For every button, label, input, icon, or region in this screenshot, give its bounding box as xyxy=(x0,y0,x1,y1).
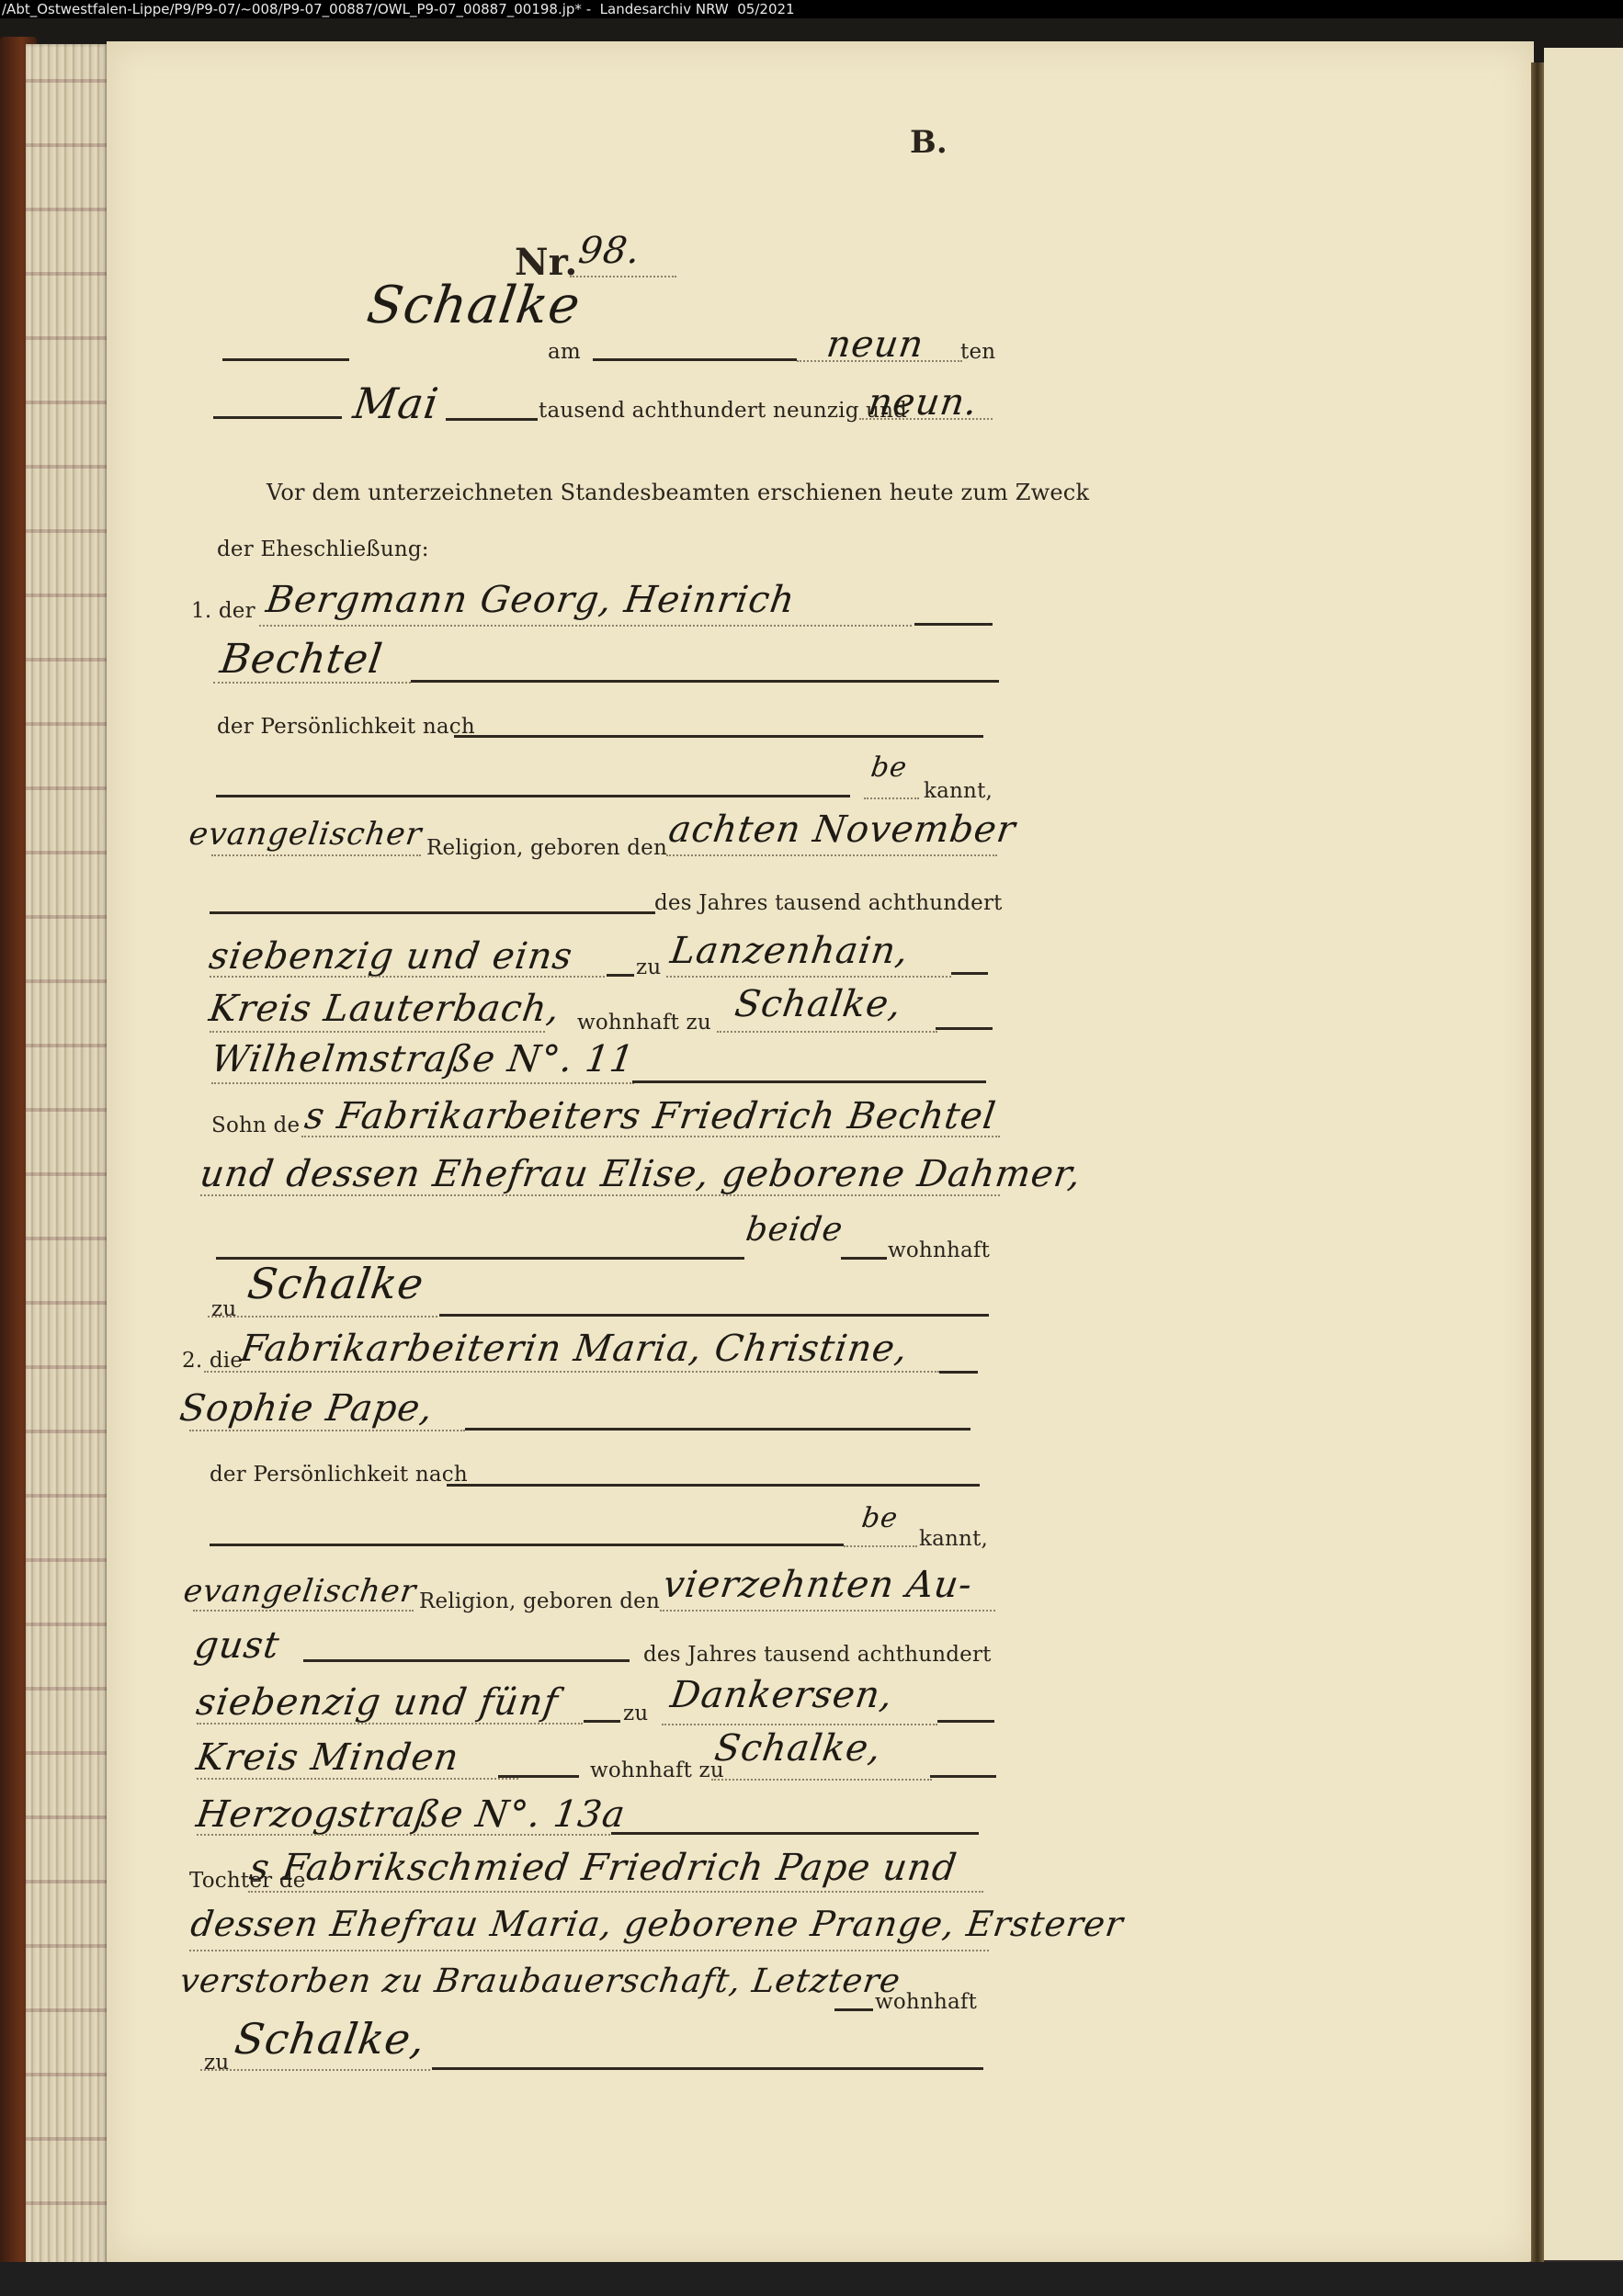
groom-prefix: 1. der xyxy=(191,599,255,623)
bride-known-hand: be xyxy=(860,1502,901,1534)
dotted-line xyxy=(204,1371,939,1373)
groom-year-label: des Jahres tausend achthundert xyxy=(654,891,1003,915)
fill-rule xyxy=(951,972,988,975)
bride-zu: zu xyxy=(623,1702,648,1725)
dotted-line xyxy=(301,1136,1000,1137)
groom-zu-2: zu xyxy=(211,1297,236,1321)
am-label: am xyxy=(548,340,581,364)
dotted-line xyxy=(193,1610,414,1612)
dotted-line xyxy=(208,1316,437,1318)
groom-birth-year: siebenzig und eins xyxy=(207,935,575,978)
bride-parents-residence: Schalke, xyxy=(232,2014,428,2064)
window-title-bar: /Abt_Ostwestfalen-Lippe/P9/P9-07/~008/P9… xyxy=(0,0,1623,18)
dotted-line xyxy=(189,1430,465,1431)
bride-parents-line1: s Fabrikschmied Friedrich Pape und xyxy=(247,1847,960,1889)
bride-religion-hand: evangelischer xyxy=(181,1573,419,1610)
groom-religion-print: Religion, geboren den xyxy=(426,836,667,860)
fill-rule xyxy=(611,1832,979,1835)
groom-surname: Bechtel xyxy=(217,636,385,683)
facing-page-edge xyxy=(1544,48,1623,2260)
groom-occupation-names: Bergmann Georg, Heinrich xyxy=(264,579,798,621)
groom-known-hand: be xyxy=(869,752,910,784)
bride-street: Herzogstraße N°. 13a xyxy=(194,1793,629,1836)
bride-birth-year: siebenzig und fünf xyxy=(194,1681,562,1724)
dotted-line xyxy=(200,2069,430,2071)
dotted-line xyxy=(211,854,421,856)
dotted-line xyxy=(197,1834,610,1836)
fill-rule xyxy=(411,680,999,683)
section-letter: B. xyxy=(910,124,948,161)
fill-rule xyxy=(914,623,993,626)
fill-rule xyxy=(937,1720,994,1723)
dotted-line xyxy=(259,625,912,627)
groom-parents-line1: s Fabrikarbeiters Friedrich Bechtel xyxy=(302,1095,999,1137)
window-title: /Abt_Ostwestfalen-Lippe/P9/P9-07/~008/P9… xyxy=(2,1,795,17)
book-gutter xyxy=(1531,62,1544,2263)
fill-rule xyxy=(593,358,797,361)
fill-rule xyxy=(222,358,349,361)
fill-rule xyxy=(632,1080,986,1083)
dotted-line xyxy=(711,1779,932,1781)
dotted-line xyxy=(210,976,605,978)
bride-names-2: Sophie Pape, xyxy=(177,1387,436,1430)
bride-residence-label: wohnhaft zu xyxy=(590,1759,724,1782)
groom-residence-label: wohnhaft zu xyxy=(577,1011,711,1035)
fill-rule xyxy=(210,1544,844,1546)
fill-rule xyxy=(213,416,342,419)
bride-birthplace: Dankersen, xyxy=(668,1674,896,1716)
dotted-line xyxy=(666,976,951,978)
groom-known-print: kannt, xyxy=(924,779,993,803)
fill-rule xyxy=(454,735,983,738)
bride-occupation-names: Fabrikarbeiterin Maria, Christine, xyxy=(238,1328,911,1370)
groom-street: Wilhelmstraße N°. 11 xyxy=(209,1038,638,1080)
month-hand: Mai xyxy=(350,379,442,428)
place-hand: Schalke xyxy=(363,276,584,335)
groom-identity-label: der Persönlichkeit nach xyxy=(217,715,475,739)
dotted-line xyxy=(210,1031,545,1033)
fill-rule xyxy=(936,1027,993,1030)
groom-birthplace: Lanzenhain, xyxy=(668,930,912,972)
groom-birth-date: achten November xyxy=(666,809,1018,851)
page-stack-edges xyxy=(26,44,107,2268)
fill-rule xyxy=(607,974,634,977)
fill-rule xyxy=(447,1484,980,1487)
year-printed: tausend achthundert neunzig und xyxy=(539,399,907,423)
bride-known-print: kannt, xyxy=(919,1527,988,1551)
bride-birth-date: vierzehnten Au- xyxy=(661,1564,975,1606)
bride-zu-2: zu xyxy=(204,2051,229,2075)
fill-rule xyxy=(465,1428,970,1431)
dotted-line xyxy=(660,1610,995,1612)
fill-rule xyxy=(584,1720,620,1723)
dotted-line xyxy=(197,1723,583,1725)
bride-district: Kreis Minden xyxy=(194,1736,462,1779)
fill-rule xyxy=(834,2008,873,2011)
bride-parents-line3: verstorben zu Braubauerschaft, Letztere xyxy=(177,1962,902,2000)
fill-rule xyxy=(303,1659,630,1662)
fill-rule xyxy=(446,418,538,421)
fill-rule xyxy=(439,1314,989,1317)
dotted-line xyxy=(666,854,997,856)
bride-prefix: 2. die xyxy=(182,1349,243,1373)
fill-rule xyxy=(939,1371,978,1374)
groom-residence: Schalke, xyxy=(732,983,904,1025)
dotted-line xyxy=(248,1891,983,1893)
fill-rule xyxy=(210,911,655,914)
intro-text: Vor dem unterzeichneten Standesbeamten e… xyxy=(267,480,1089,505)
bride-residence: Schalke, xyxy=(712,1727,884,1770)
fill-rule xyxy=(432,2067,983,2070)
groom-district: Kreis Lauterbach, xyxy=(207,988,563,1030)
dotted-line xyxy=(717,1031,937,1033)
intro-text-2: der Eheschließung: xyxy=(217,537,429,561)
bride-religion-print: Religion, geboren den xyxy=(419,1589,660,1613)
fill-rule xyxy=(216,795,850,797)
dotted-line xyxy=(213,682,411,684)
fill-rule xyxy=(930,1775,996,1778)
dotted-line xyxy=(864,797,919,799)
day-hand: neun xyxy=(824,323,926,366)
groom-religion-hand: evangelischer xyxy=(187,816,425,853)
bride-birth-date-2: gust xyxy=(192,1624,282,1667)
bride-year-label: des Jahres tausend achthundert xyxy=(643,1643,992,1667)
dotted-line xyxy=(211,1082,634,1084)
bride-wohnhaft: wohnhaft xyxy=(875,1990,977,2014)
dotted-line xyxy=(859,418,993,420)
dotted-line xyxy=(197,1778,518,1780)
dotted-line xyxy=(200,1194,1000,1196)
groom-parents-line2: und dessen Ehefrau Elise, geborene Dahme… xyxy=(198,1153,1084,1195)
number-dotted-line xyxy=(570,276,676,277)
dotted-line xyxy=(189,1950,989,1951)
fill-rule xyxy=(498,1775,579,1778)
groom-parents-residence: Schalke xyxy=(244,1259,427,1308)
dotted-line xyxy=(844,1545,917,1547)
bride-parents-line2: dessen Ehefrau Maria, geborene Prange, E… xyxy=(188,1904,1126,1944)
entry-number-value: 98. xyxy=(576,230,643,272)
dotted-line xyxy=(662,1724,937,1725)
groom-wohnhaft: wohnhaft xyxy=(888,1238,990,1262)
scan-bottom-background xyxy=(0,2262,1623,2296)
day-suffix: ten xyxy=(960,340,995,364)
groom-zu: zu xyxy=(636,956,661,979)
fill-rule xyxy=(841,1257,887,1260)
groom-both-hand: beide xyxy=(743,1211,846,1249)
groom-parents-label: Sohn de xyxy=(211,1114,300,1137)
bride-identity-label: der Persönlichkeit nach xyxy=(210,1463,468,1487)
